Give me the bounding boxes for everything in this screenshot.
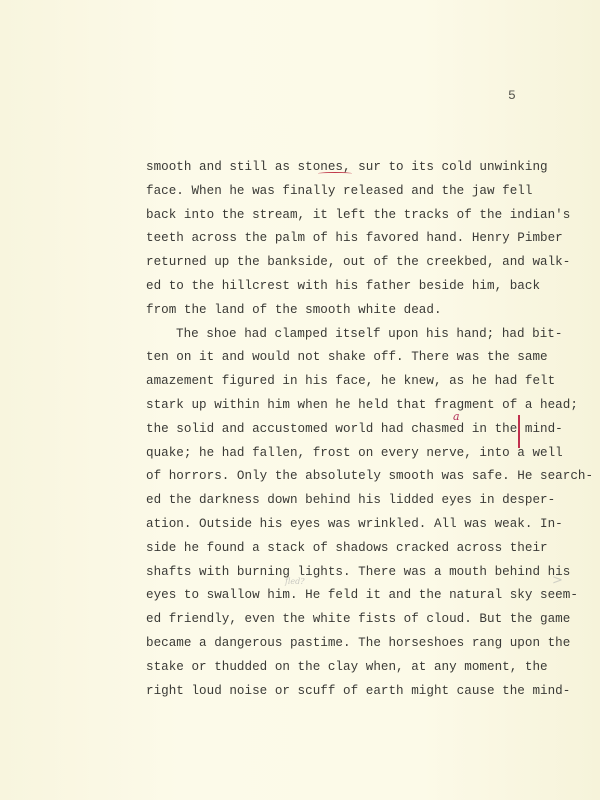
text-line: stark up within him when he held that fr… [146,394,586,418]
text-line: amazement figured in his face, he knew, … [146,370,586,394]
text-line: ed the darkness down behind his lidded e… [146,489,586,513]
typewritten-page: 5 smooth and still as stones, sur to its… [0,0,600,800]
margin-pencil-mark: > [552,573,563,588]
text-line: side he found a stack of shadows cracked… [146,537,586,561]
text-line: ed friendly, even the white fists of clo… [146,608,586,632]
text-line: eyes to swallow him. He feld it and the … [146,584,586,608]
text-line: ed to the hillcrest with his father besi… [146,275,586,299]
body-text: smooth and still as stones, sur to its c… [146,156,586,703]
text-line: back into the stream, it left the tracks… [146,204,586,228]
text-line: became a dangerous pastime. The horsesho… [146,632,586,656]
text-line: face. When he was finally released and t… [146,180,586,204]
text-line: of horrors. Only the absolutely smooth w… [146,465,586,489]
red-underline-mark [318,172,352,175]
text-line: right loud noise or scuff of earth might… [146,680,586,704]
pencil-note: fled? [285,577,304,586]
text-line: shafts with burning lights. There was a … [146,561,586,585]
text-line: stake or thudded on the clay when, at an… [146,656,586,680]
text-line: quake; he had fallen, frost on every ner… [146,442,586,466]
text-line: the solid and accustomed world had chasm… [146,418,586,442]
text-line: from the land of the smooth white dead. [146,299,586,323]
text-line: teeth across the palm of his favored han… [146,227,586,251]
page-number: 5 [508,88,516,103]
insert-caret-annotation: a [453,410,460,423]
paragraph-start-line: The shoe had clamped itself upon his han… [146,323,586,347]
text-line: ation. Outside his eyes was wrinkled. Al… [146,513,586,537]
text-line: smooth and still as stones, sur to its c… [146,156,586,180]
text-line: ten on it and would not shake off. There… [146,346,586,370]
margin-bar-mark [518,415,520,448]
text-line: returned up the bankside, out of the cre… [146,251,586,275]
